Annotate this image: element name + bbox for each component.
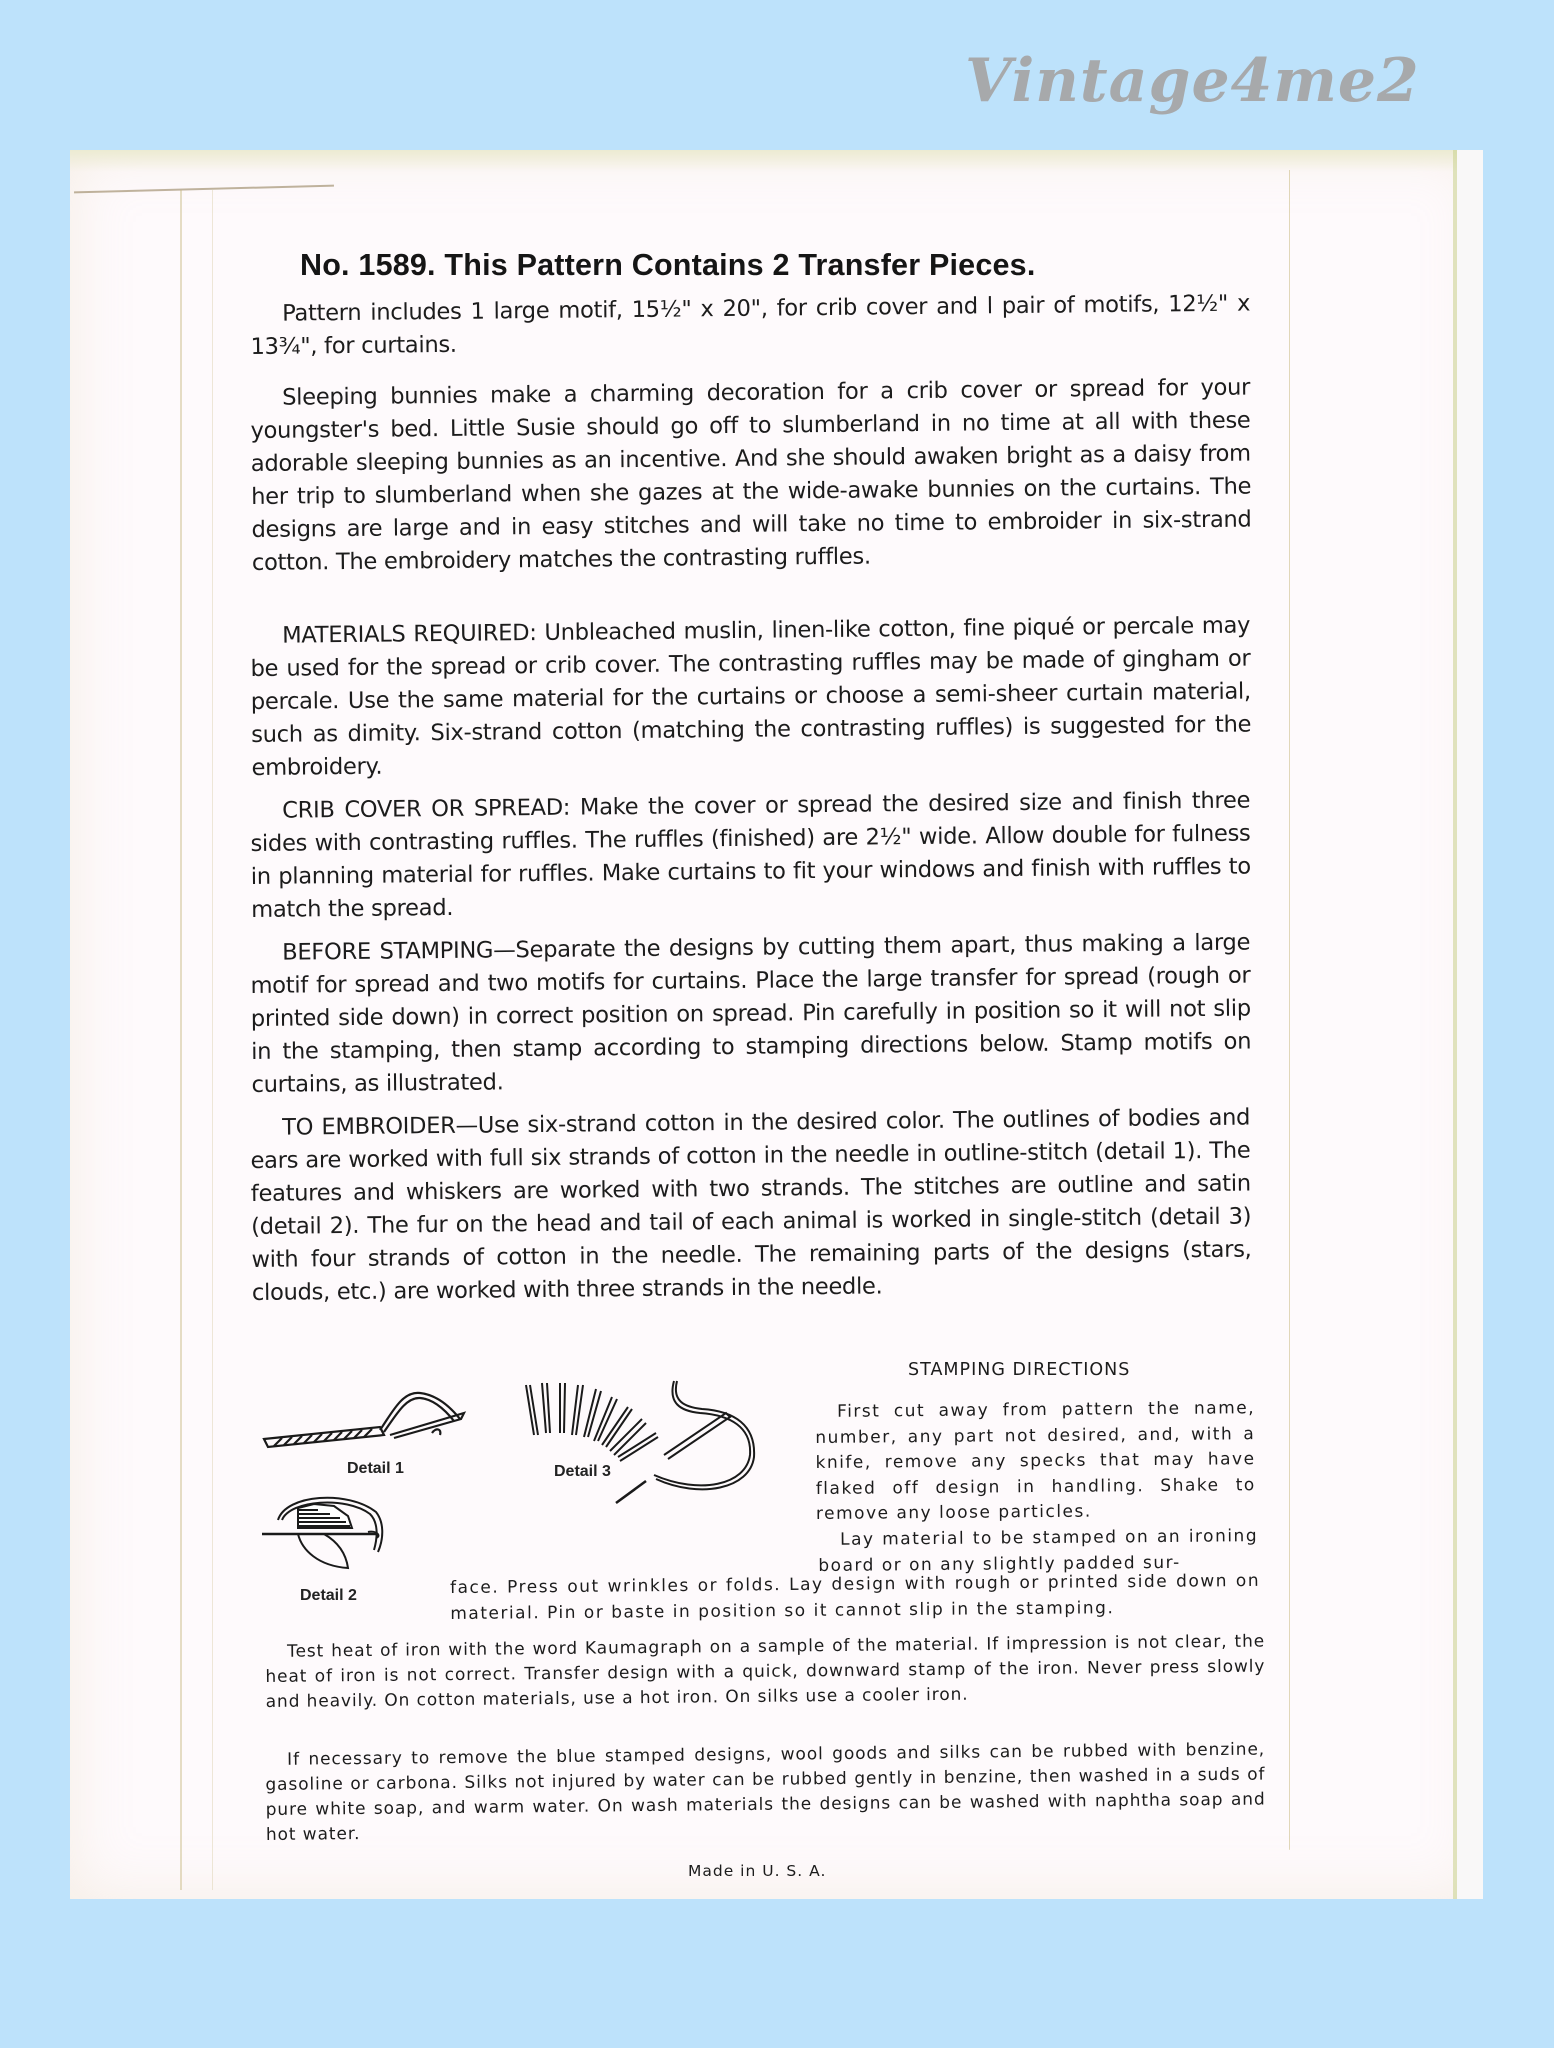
stamping-directions-heading: STAMPING DIRECTIONS bbox=[908, 1360, 1130, 1380]
description-paragraph: Sleeping bunnies make a charming decorat… bbox=[250, 372, 1252, 580]
crib-cover-paragraph: CRIB COVER OR SPREAD: Make the cover or … bbox=[250, 785, 1251, 927]
single-stitch-icon bbox=[520, 1375, 770, 1505]
paper-fold-left bbox=[180, 190, 213, 1890]
stamping-paragraph-2b: face. Press out wrinkles or folds. Lay d… bbox=[450, 1569, 1260, 1627]
paper-right-strip bbox=[1457, 150, 1483, 1899]
remove-designs-paragraph: If necessary to remove the blue stamped … bbox=[265, 1738, 1266, 1848]
outline-stitch-icon bbox=[260, 1385, 490, 1455]
paper-stain bbox=[70, 150, 1483, 172]
before-stamping-paragraph: BEFORE STAMPING—Separate the designs by … bbox=[250, 927, 1252, 1102]
to-embroider-paragraph: TO EMBROIDER—Use six-strand cotton in th… bbox=[250, 1102, 1252, 1310]
made-in-usa: Made in U. S. A. bbox=[688, 1862, 826, 1880]
detail-3-label: Detail 3 bbox=[554, 1463, 611, 1481]
paper-fold-right bbox=[1289, 170, 1290, 1850]
document-title: No. 1589. This Pattern Contains 2 Transf… bbox=[300, 248, 1260, 283]
paper-edge bbox=[1453, 150, 1457, 1899]
detail-2-label: Detail 2 bbox=[300, 1587, 357, 1605]
pattern-instruction-sheet: No. 1589. This Pattern Contains 2 Transf… bbox=[70, 150, 1483, 1899]
pattern-includes-paragraph: Pattern includes 1 large motif, 15½" x 2… bbox=[250, 288, 1251, 364]
materials-paragraph: MATERIALS REQUIRED: Unbleached muslin, l… bbox=[250, 610, 1252, 785]
stamping-paragraph-1: First cut away from pattern the name, nu… bbox=[815, 1396, 1256, 1527]
detail-1-label: Detail 1 bbox=[347, 1460, 404, 1478]
iron-heat-paragraph: Test heat of iron with the word Kaumagra… bbox=[265, 1630, 1266, 1715]
watermark-logo: Vintage4me2 bbox=[965, 46, 1420, 116]
satin-stitch-icon bbox=[258, 1492, 398, 1572]
